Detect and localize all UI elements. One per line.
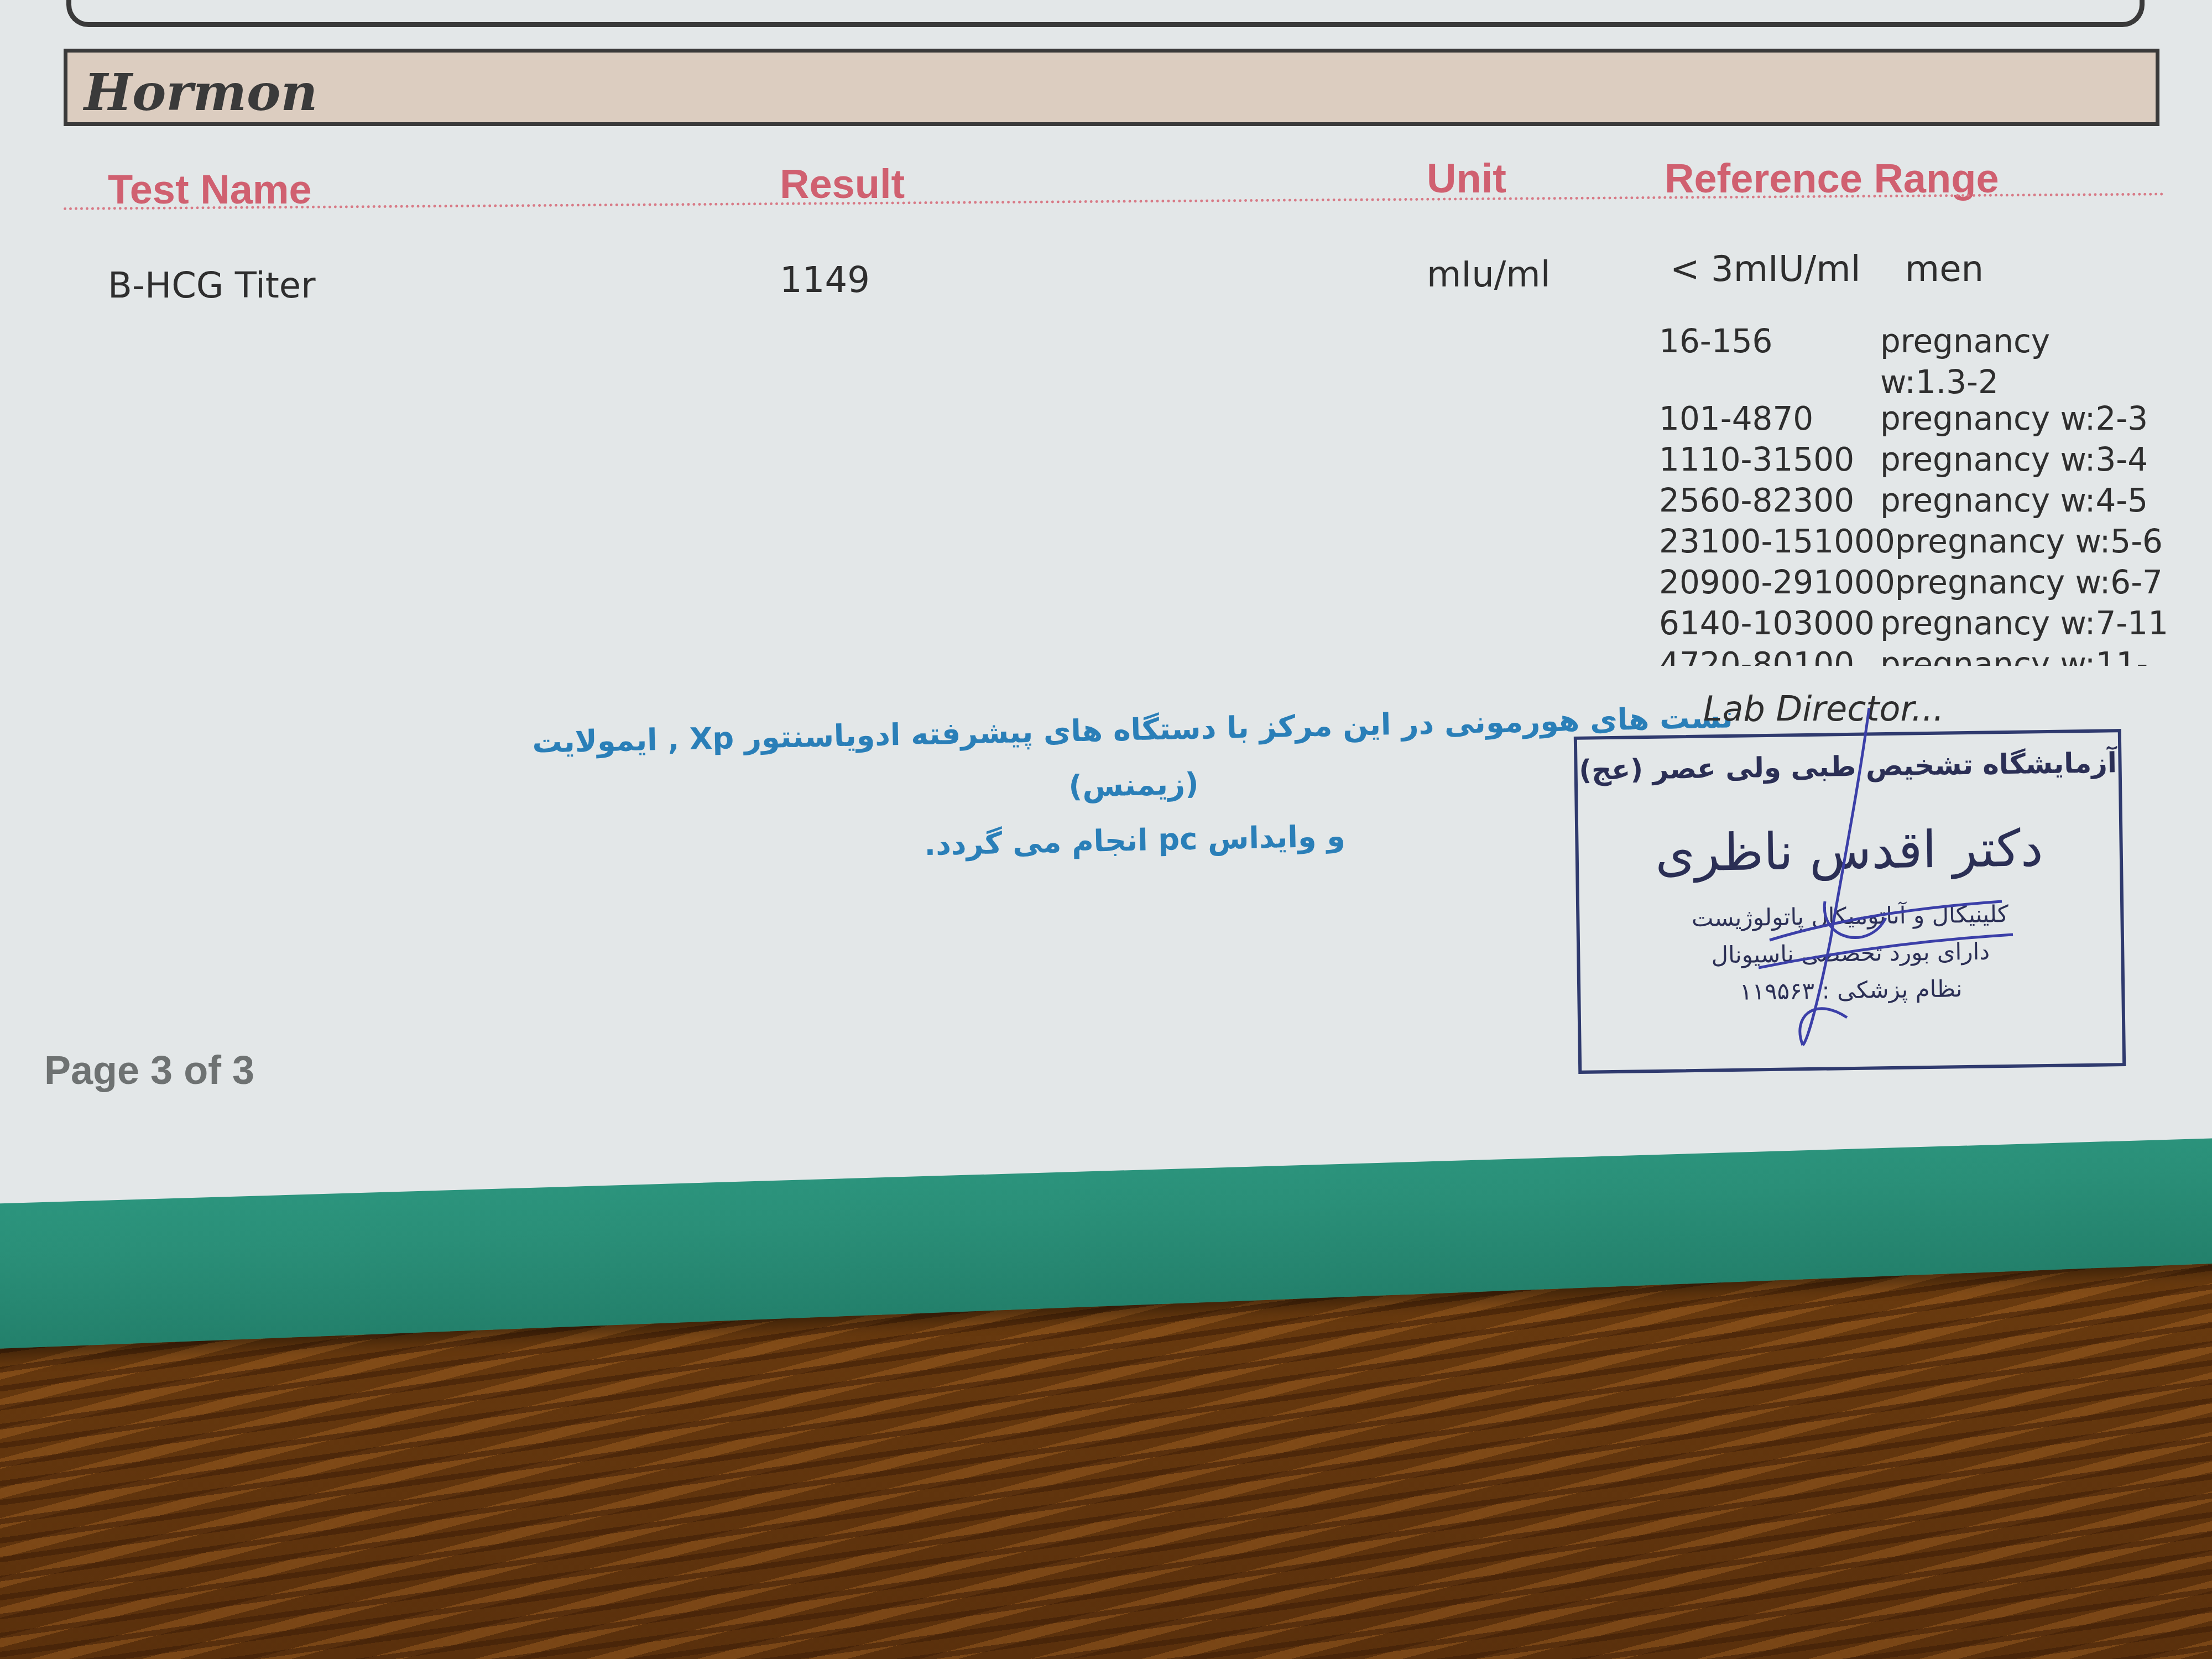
stamp-lab-name: آزمایشگاه تشخیص طبی ولی عصر (عج): [1577, 747, 2119, 786]
lab-report-page: تاریخ پذیرش : ۱۳۹۸/۰۱/۱۱ تاریخ جوابدهی :…: [0, 0, 2212, 1211]
test-name: B-HCG Titer: [108, 265, 315, 306]
reference-range-item: 101-4870pregnancy w:2-3: [1659, 398, 2179, 439]
result-value: 1149: [780, 260, 870, 301]
reference-range-item: 2560-82300pregnancy w:4-5: [1659, 480, 2179, 521]
reference-range-list: 16-156pregnancy w:1.3-2 101-4870pregnanc…: [1659, 321, 2179, 666]
reference-range-item-truncated: 4720-80100pregnancy w:11-: [1659, 644, 2179, 666]
stamp-doctor-name: دکتر اقدس ناظری: [1578, 817, 2120, 884]
reference-range-item: 23100-151000pregnancy w:5-6: [1659, 521, 2179, 562]
equipment-note: تست های هورمونی در این مرکز با دستگاه ها…: [529, 690, 1738, 881]
reference-range-item: 6140-103000pregnancy w:7-11: [1659, 603, 2179, 644]
stamp-board: دارای بورد تخصصی ناسیونال: [1580, 936, 2121, 971]
reference-range-item: 20900-291000pregnancy w:6-7: [1659, 562, 2179, 603]
unit-value: mIu/ml: [1427, 254, 1550, 295]
lab-director-label: Lab Director...: [1703, 688, 1944, 729]
page-indicator: Page 3 of 3: [44, 1048, 254, 1093]
reference-range-men: < 3mIU/ml men: [1670, 249, 1984, 290]
stamp-medical-council: نظام پزشکی : ۱۱۹۵۶۳: [1580, 973, 2122, 1008]
patient-info-box: تاریخ پذیرش : ۱۳۹۸/۰۱/۱۱ تاریخ جوابدهی :…: [66, 0, 2145, 27]
reference-range-item: 1110-31500pregnancy w:3-4: [1659, 439, 2179, 480]
lab-stamp: آزمایشگاه تشخیص طبی ولی عصر (عج) دکتر اق…: [1574, 729, 2126, 1074]
section-title: Hormon: [84, 62, 317, 122]
reference-range-item: 16-156pregnancy w:1.3-2: [1659, 321, 2179, 398]
column-header-result: Result: [780, 160, 905, 207]
section-header: Hormon: [64, 49, 2159, 126]
column-header-unit: Unit: [1427, 155, 1506, 202]
stamp-specialty: کلینیکال و آناتومیکال پاتولوژیست: [1579, 899, 2121, 933]
